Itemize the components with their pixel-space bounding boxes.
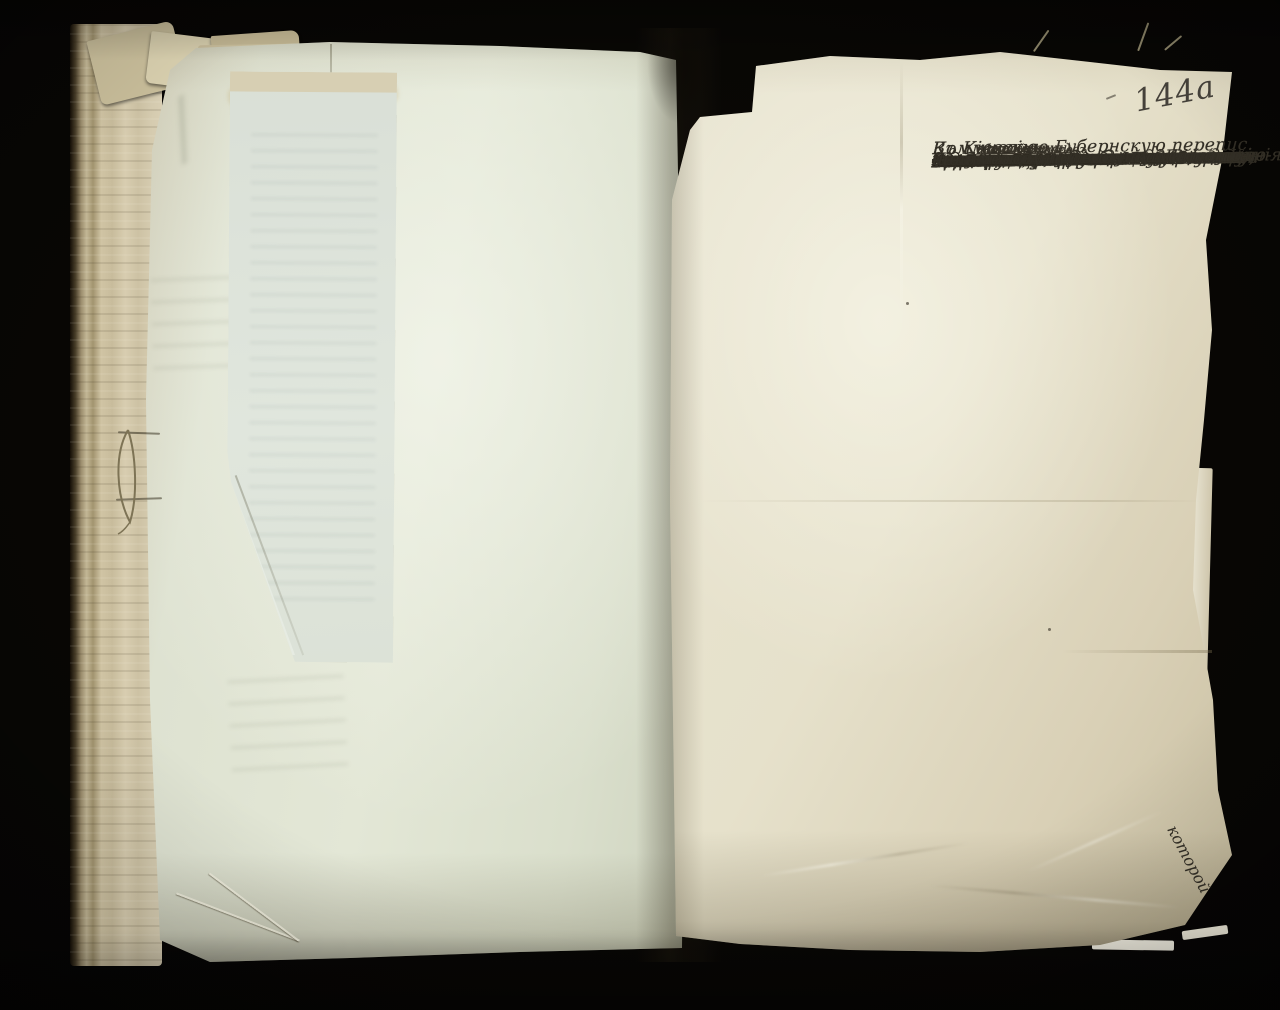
paper-fiber — [1164, 35, 1182, 50]
horizontal-crease — [700, 500, 1200, 502]
bleedthrough-text — [227, 675, 348, 781]
glue-strip — [230, 71, 397, 92]
horizontal-crease — [1062, 650, 1212, 653]
paper-fiber — [1137, 22, 1149, 51]
vertical-crease — [900, 62, 903, 330]
paper-fiber — [1033, 30, 1049, 52]
ink-speck — [1048, 628, 1051, 631]
left-page — [138, 36, 686, 964]
binding-thread — [106, 424, 158, 536]
slip-showthrough-text — [248, 134, 377, 605]
under-page-edge — [1182, 925, 1229, 940]
handwritten-text: щей между подводчиками, кото- — [931, 145, 1248, 172]
archival-photograph: 144а Въ Кіевскую Губернскую перепис.Комм… — [0, 0, 1280, 1010]
right-page — [664, 48, 1236, 958]
ink-speck — [906, 302, 909, 305]
